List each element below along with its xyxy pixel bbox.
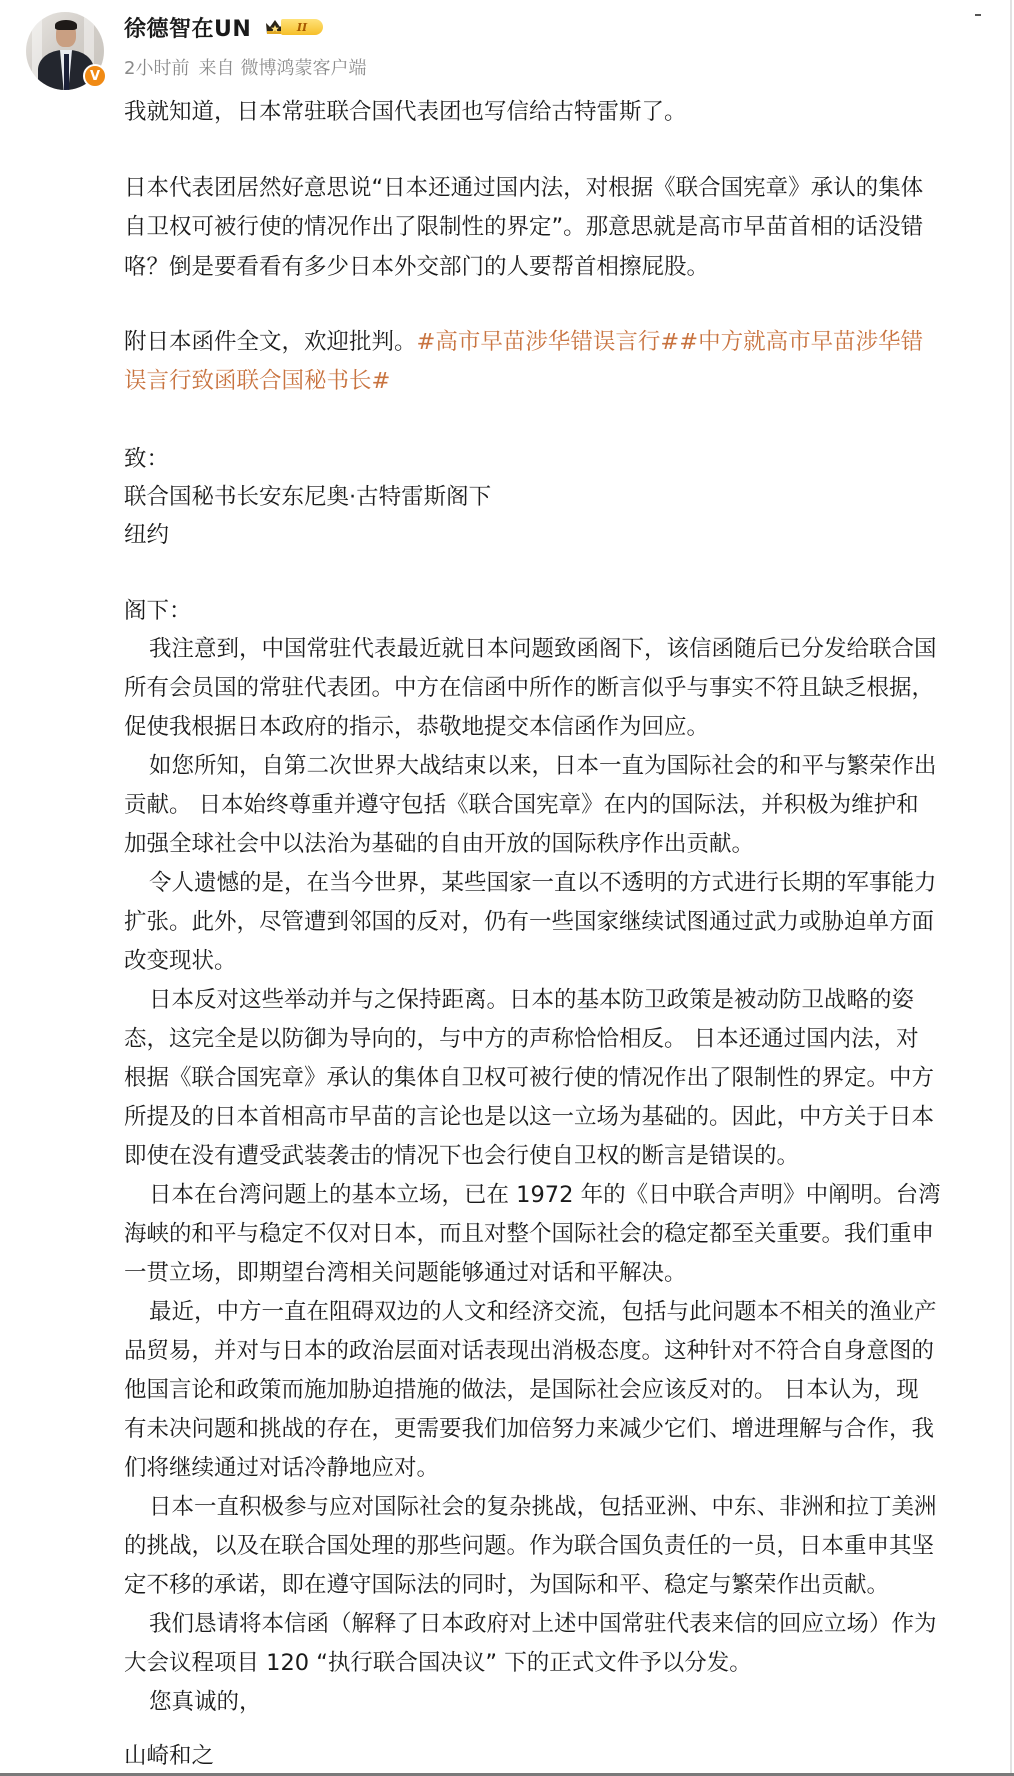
- letter-line: 海峡的和平与稳定不仅对日本，而且对整个国际社会的稳定都至关重要。我们重申: [124, 1219, 934, 1249]
- letter-line: 令人遗憾的是，在当今世界，某些国家一直以不透明的方式进行长期的军事能力: [149, 868, 937, 898]
- letter-line: 日本反对这些举动并与之保持距离。日本的基本防卫政策是被动防卫战略的姿: [149, 985, 914, 1015]
- letter-line: 大会议程项目 120 “执行联合国决议” 下的正式文件予以分发。: [124, 1648, 752, 1678]
- post-paragraph-1: 我就知道，日本常驻联合国代表团也写信给古特雷斯了。: [124, 93, 1004, 133]
- letter-line: 扩张。此外，尽管遭到邻国的反对，仍有一些国家继续试图通过武力或胁迫单方面: [124, 907, 934, 937]
- hashtag-link[interactable]: #高市早苗涉华错误言行##中方就高市早苗涉华错: [417, 329, 924, 355]
- verified-v-icon: V: [83, 64, 107, 88]
- letter-line: 日本在台湾问题上的基本立场，已在 1972 年的《日中联合声明》中阐明。台湾: [149, 1180, 941, 1210]
- letter-line: 一贯立场，即期望台湾相关问题能够通过对话和平解决。: [124, 1258, 687, 1288]
- vip-badge[interactable]: II: [265, 17, 325, 37]
- letter-line: 促使我根据日本政府的指示，恭敬地提交本信函作为回应。: [124, 712, 709, 742]
- letter-image-border: [1010, 0, 1012, 1776]
- post-time[interactable]: 2小时前: [124, 58, 189, 79]
- letter-line: 如您所知，自第二次世界大战结束以来，日本一直为国际社会的和平与繁荣作出: [149, 751, 937, 781]
- post-header: V 徐德智在UN II 2小时前来自微博鸿蒙客户端: [0, 0, 1014, 95]
- letter-line: 改变现状。: [124, 946, 237, 976]
- letter-line: 所有会员国的常驻代表团。中方在信函中所作的断言似乎与事实不符且缺乏根据，: [124, 673, 934, 703]
- post-meta: 2小时前来自微博鸿蒙客户端: [124, 54, 375, 80]
- letter-line: 定不移的承诺，即在遵守国际法的同时，为国际和平、稳定与繁荣作出贡献。: [124, 1570, 889, 1600]
- letter-city: 纽约: [124, 520, 169, 550]
- letter-line: 我们恳请将本信函（解释了日本政府对上述中国常驻代表来信的回应立场）作为: [149, 1609, 937, 1639]
- vip-level-tag: II: [281, 19, 323, 35]
- letter-recipient: 联合国秘书长安东尼奥·古特雷斯阁下: [124, 482, 491, 512]
- post-paragraph-3-line-2: 误言行致函联合国秘书长#: [124, 362, 1004, 402]
- letter-line: 日本一直积极参与应对国际社会的复杂挑战，包括亚洲、中东、非洲和拉丁美洲: [149, 1492, 937, 1522]
- letter-line: 您真诚的，: [149, 1687, 262, 1717]
- letter-signature: 山崎和之: [124, 1741, 214, 1771]
- more-menu-icon[interactable]: [975, 14, 981, 16]
- letter-line: 们将继续通过对话冷静地应对。: [124, 1453, 439, 1483]
- post-source[interactable]: 微博鸿蒙客户端: [240, 58, 366, 79]
- letter-line: 态，这完全是以防御为导向的，与中方的声称恰恰相反。 日本还通过国内法，对: [124, 1024, 919, 1054]
- post-paragraph-3-line-1: 附日本函件全文，欢迎批判。#高市早苗涉华错误言行##中方就高市早苗涉华错: [124, 323, 1004, 363]
- letter-line: 品贸易，并对与日本的政治层面对话表现出消极态度。这种针对不符合自身意图的: [124, 1336, 934, 1366]
- letter-line: 加强全球社会中以法治为基础的自由开放的国际秩序作出贡献。: [124, 829, 754, 859]
- post-paragraph-3-prefix: 附日本函件全文，欢迎批判。: [124, 329, 417, 355]
- post-paragraph-2-line-3: 咯？倒是要看看有多少日本外交部门的人要帮首相擦屁股。: [124, 248, 1004, 288]
- hashtag-link[interactable]: 误言行致函联合国秘书长#: [124, 368, 390, 394]
- letter-line: 最近，中方一直在阻碍双边的人文和经济交流，包括与此问题本不相关的渔业产: [149, 1297, 937, 1327]
- letter-line: 即使在没有遭受武装袭击的情况下也会行使自卫权的断言是错误的。: [124, 1141, 799, 1171]
- avatar-hair: [55, 20, 77, 30]
- author-name[interactable]: 徐德智在UN: [124, 12, 251, 43]
- letter-line: 我注意到，中国常驻代表最近就日本问题致函阁下，该信函随后已分发给联合国: [149, 634, 937, 664]
- letter-line: 所提及的日本首相高市早苗的言论也是以这一立场为基础的。因此，中方关于日本: [124, 1102, 934, 1132]
- from-label: 来自: [198, 58, 234, 79]
- letter-line: 的挑战，以及在联合国处理的那些问题。作为联合国负责任的一员，日本重申其坚: [124, 1531, 934, 1561]
- letter-line: 有未决问题和挑战的存在，更需要我们加倍努力来减少它们、增进理解与合作，我: [124, 1414, 934, 1444]
- letter-line: 他国言论和政策而施加胁迫措施的做法，是国际社会应该反对的。 日本认为，现: [124, 1375, 919, 1405]
- letter-salutation: 阁下：: [124, 596, 192, 626]
- letter-line: 贡献。 日本始终尊重并遵守包括《联合国宪章》在内的国际法，并积极为维护和: [124, 790, 919, 820]
- post-paragraph-2-line-1: 日本代表团居然好意思说“日本还通过国内法，对根据《联合国宪章》承认的集体: [124, 169, 1004, 209]
- avatar-tie: [64, 54, 69, 90]
- letter-line: 根据《联合国宪章》承认的集体自卫权可被行使的情况作出了限制性的界定。中方: [124, 1063, 934, 1093]
- post-paragraph-2-line-2: 自卫权可被行使的情况作出了限制性的界定”。那意思就是高市早苗首相的话没错: [124, 208, 1004, 248]
- letter-to-label: 致：: [124, 444, 169, 474]
